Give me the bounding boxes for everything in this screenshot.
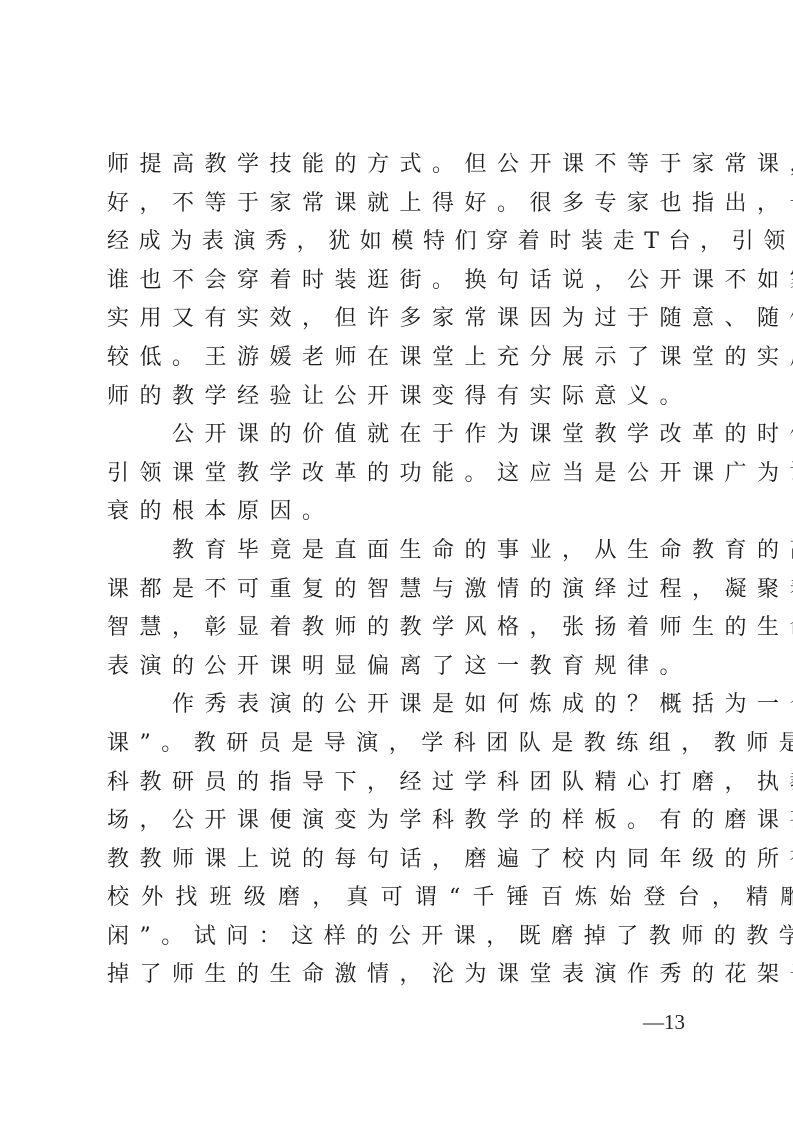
text-line: 好，不等于家常课就上得好。很多专家也指出，一些公开课已	[107, 185, 697, 224]
text-line: 师的教学经验让公开课变得有实际意义。	[107, 378, 697, 417]
text-line: 师提高教学技能的方式。但公开课不等于家常课，公开课上得	[107, 146, 697, 185]
text-line: 衰的根本原因。	[107, 493, 697, 532]
text-line: 课都是不可重复的智慧与激情的演绎过程，凝聚着教师的教育	[107, 571, 697, 610]
document-page: 师提高教学技能的方式。但公开课不等于家常课，公开课上得 好，不等于家常课就上得好…	[0, 0, 793, 1122]
paragraph-start-line: 教育毕竟是直面生命的事业，从生命教育的高度看，每堂	[107, 532, 697, 571]
text-line: 实用又有实效，但许多家常课因为过于随意、随便，评价通常	[107, 300, 697, 339]
paragraph-start-line: 公开课的价值就在于作为课堂教学改革的时代标杆，具有	[107, 416, 697, 455]
text-line: 教教师课上说的每句话，磨遍了校内同年级的所有班级，再到	[107, 841, 697, 880]
text-line: 闲”。试问：这样的公开课，既磨掉了教师的教学个性，更磨	[107, 918, 697, 957]
text-line: 掉了师生的生命激情，沦为课堂表演作秀的花架子，能不引起	[107, 956, 697, 995]
text-line: 科教研员的指导下，经过学科团队精心打磨，执教教师粉墨登	[107, 764, 697, 803]
text-line: 场，公开课便演变为学科教学的样板。有的磨课甚至磨到了执	[107, 802, 697, 841]
page-number: —13	[643, 1010, 685, 1035]
body-text: 师提高教学技能的方式。但公开课不等于家常课，公开课上得 好，不等于家常课就上得好…	[107, 146, 697, 995]
text-line: 智慧，彰显着教师的教学风格，张扬着师生的生命活力。作秀	[107, 609, 697, 648]
text-line: 课”。教研员是导演，学科团队是教练组，教师是演员。在学	[107, 725, 697, 764]
text-line: 经成为表演秀，犹如模特们穿着时装走T台，引领服装潮流，但	[107, 223, 697, 262]
text-line: 谁也不会穿着时装逛街。换句话说，公开课不如家常课实在、	[107, 262, 697, 301]
text-line: 表演的公开课明显偏离了这一教育规律。	[107, 648, 697, 687]
paragraph-start-line: 作秀表演的公开课是如何炼成的？概括为一个词就是“磨	[107, 686, 697, 725]
text-line: 校外找班级磨，真可谓“千锤百炼始登台，精雕细刻若等	[107, 879, 697, 918]
text-line: 引领课堂教学改革的功能。这应当是公开课广为诟病而历久不	[107, 455, 697, 494]
text-line: 较低。王游媛老师在课堂上充分展示了课堂的实用型，用老教	[107, 339, 697, 378]
